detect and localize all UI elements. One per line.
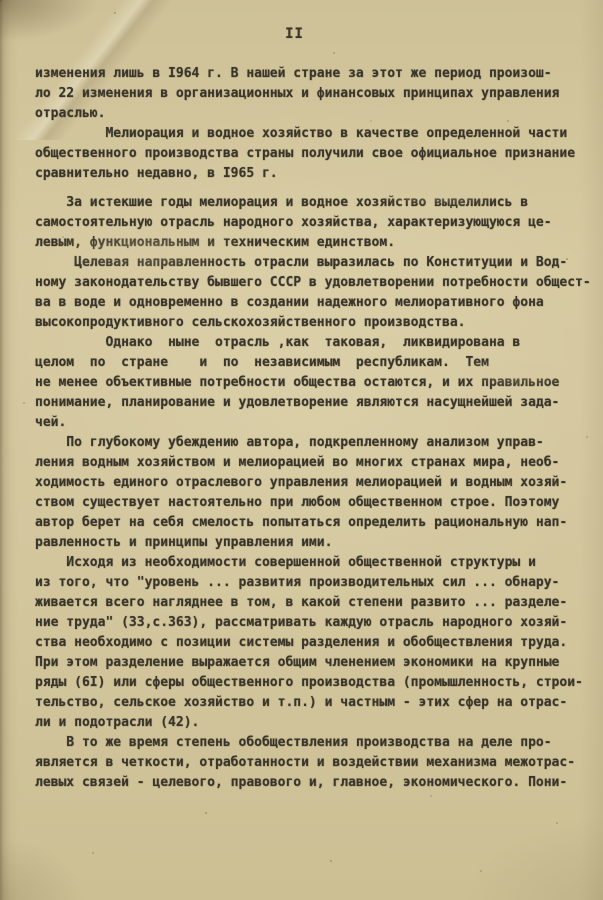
text-line: равленность и принципы управления ими. [35, 533, 595, 553]
text-line: ряды (6I) или сферы общественного произв… [35, 673, 595, 693]
text-line: понимание, планирование и удовлетворение… [35, 393, 595, 413]
text-line: из того, что "уровень ... развития произ… [35, 573, 595, 593]
text-line: ства необходимо с позиции системы раздел… [35, 633, 595, 653]
text-line: не менее объективные потребности обществ… [35, 373, 595, 393]
paper-speckles [0, 0, 2, 2]
text-line: самостоятельную отрасль народного хозяйс… [35, 213, 595, 233]
text-line: ло 22 изменения в организационных и фина… [35, 84, 595, 104]
text-line: левым, функциональным и техническим един… [35, 233, 595, 253]
text-line: Исходя из необходимости совершенной обще… [35, 553, 595, 573]
text-line: целом по стране и по независимым республ… [35, 353, 595, 373]
text-line: Мелиорация и водное хозяйство в качестве… [35, 124, 595, 144]
text-line: левых связей - целевого, правового и, гл… [35, 773, 595, 793]
text-line: изменения лишь в I964 г. В нашей стране … [35, 64, 595, 84]
text-line: ва в воде и одновременно в создании наде… [35, 293, 595, 313]
text-line: ходимость единого отраслевого управления… [35, 473, 595, 493]
text-line: При этом разделение выражается общим чле… [35, 653, 595, 673]
text-line: ние труда" (33,с.363), рассматривать каж… [35, 613, 595, 633]
text-line: сравнительно недавно, в I965 г. [35, 164, 595, 184]
page-number: II [0, 24, 589, 44]
scanned-document-page: { "colors": { "paper": "#d2c59c", "ink":… [0, 0, 603, 900]
text-line: живается всего нагляднее в том, в какой … [35, 593, 595, 613]
text-line: ли и подотрасли (42). [35, 713, 595, 733]
text-line: является в четкости, отработанности и во… [35, 753, 595, 773]
text-line: ления водным хозяйством и мелиорацией во… [35, 453, 595, 473]
text-line: высокопродуктивного сельскохозяйственног… [35, 313, 595, 333]
text-line: ством существует настоятельно при любом … [35, 493, 595, 513]
text-line: автор берет на себя смелость попытаться … [35, 513, 595, 533]
text-line: тельство, сельское хозяйство и т.п.) и ч… [35, 693, 595, 713]
text-line: Однако ныне отрасль ,как таковая, ликвид… [35, 333, 595, 353]
text-line: Целевая направленность отрасли выразилас… [35, 253, 595, 273]
text-line: По глубокому убеждению автора, подкрепле… [35, 433, 595, 453]
text-line: За истекшие годы мелиорация и водное хоз… [35, 193, 595, 213]
text-line: ному законодательству бывшего СССР в удо… [35, 273, 595, 293]
typewritten-text-block: изменения лишь в I964 г. В нашей стране … [35, 64, 595, 793]
text-line: чей. [35, 413, 595, 433]
text-line: отраслью. [35, 104, 595, 124]
text-line: общественного производства страны получи… [35, 144, 595, 164]
text-line: В то же время степень обобществления про… [35, 733, 595, 753]
